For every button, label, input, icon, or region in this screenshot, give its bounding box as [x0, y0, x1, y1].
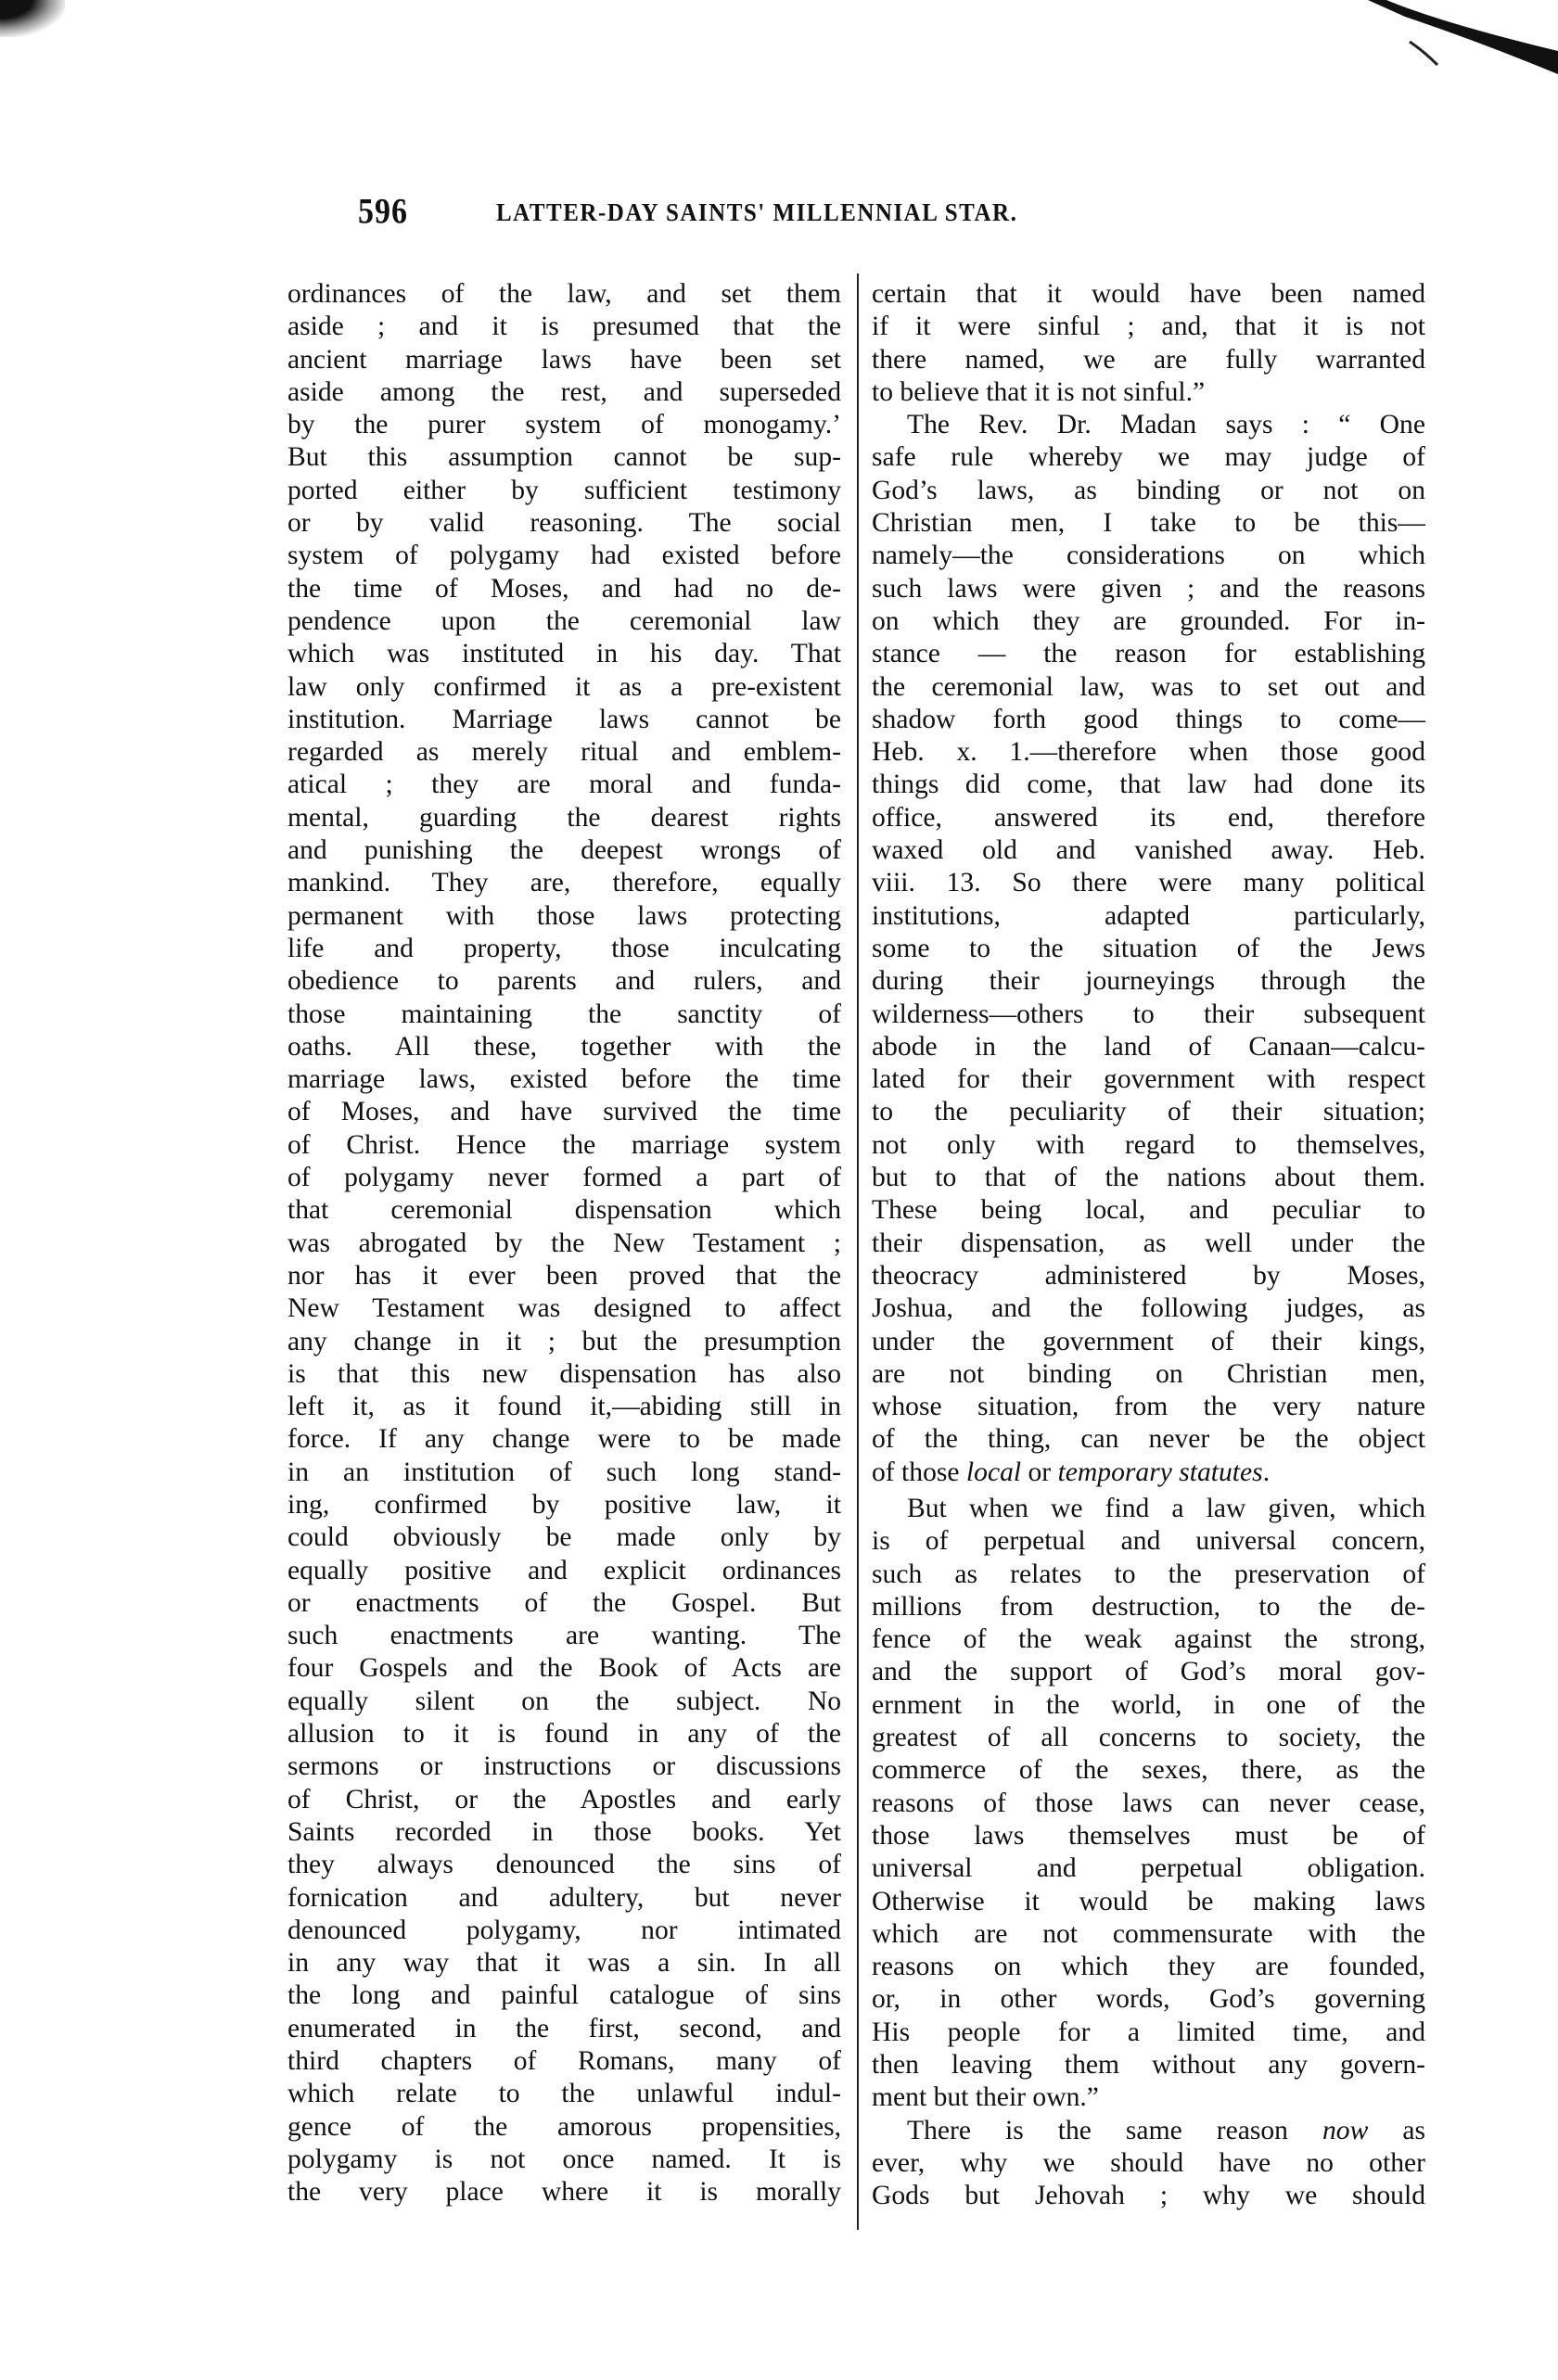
text-line: system of polygamy had existed before: [287, 540, 841, 572]
text-line: in an institution of such long stand-: [287, 1457, 841, 1489]
text-line: then leaving them without any govern-: [872, 2049, 1425, 2081]
text-line: waxed old and vanished away. Heb.: [872, 834, 1425, 867]
text-line: greatest of all concerns to society, the: [872, 1722, 1425, 1754]
text-line: sermons or instructions or discussions: [287, 1750, 841, 1783]
paragraph-madan-quote: The Rev. Dr. Madan says : “ One safe rul…: [872, 409, 1425, 1489]
text-line: ordinances of the law, and set them: [287, 278, 841, 311]
text-line: universal and perpetual obligation.: [872, 1852, 1425, 1885]
text-line: millions from destruction, to the de-: [872, 1591, 1425, 1623]
text-line: to believe that it is not sinful.”: [872, 376, 1425, 409]
text-line: God’s laws, as binding or not on: [872, 475, 1425, 507]
text-line: such enactments are wanting. The: [287, 1620, 841, 1652]
text-line: regarded as merely ritual and emblem-: [287, 736, 841, 769]
text-line: ing, confirmed by positive law, it: [287, 1489, 841, 1521]
text-line: ever, why we should have no other: [872, 2147, 1425, 2180]
text-line: Saints recorded in those books. Yet: [287, 1816, 841, 1849]
text-line: Gods but Jehovah ; why we should: [872, 2180, 1425, 2212]
italic-now: now: [1322, 2116, 1368, 2145]
text-line: in any way that it was a sin. In all: [287, 1947, 841, 1979]
text-line: the time of Moses, and had no de-: [287, 573, 841, 605]
right-column: certain that it would have been named if…: [872, 278, 1425, 2213]
text-line: Christian men, I take to be this—: [872, 507, 1425, 540]
text-line: third chapters of Romans, many of: [287, 2045, 841, 2078]
text-line: of Christ. Hence the marriage system: [287, 1129, 841, 1162]
text-line: shadow forth good things to come—: [872, 704, 1425, 736]
text-line: abode in the land of Canaan—calcu-: [872, 1031, 1425, 1063]
text-line: commerce of the sexes, there, as the: [872, 1754, 1425, 1787]
text-line: was abrogated by the New Testament ;: [287, 1228, 841, 1260]
text-line: force. If any change were to be made: [287, 1423, 841, 1456]
text-line: or, in other words, God’s governing: [872, 1983, 1425, 2016]
text-line: of Moses, and have survived the time: [287, 1096, 841, 1128]
text-line: which relate to the unlawful indul-: [287, 2078, 841, 2110]
text-line: reasons on which they are founded,: [872, 1951, 1425, 1983]
text-line: lated for their government with respect: [872, 1063, 1425, 1096]
text-line: the ceremonial law, was to set out and: [872, 671, 1425, 704]
text-line: or by valid reasoning. The social: [287, 507, 841, 540]
text-line: reasons of those laws can never cease,: [872, 1788, 1425, 1820]
text-line: But when we find a law given, which: [872, 1493, 1425, 1525]
text-line: and the support of God’s moral gov-: [872, 1656, 1425, 1688]
text-line: ment but their own.”: [872, 2081, 1425, 2114]
text-line: some to the situation of the Jews: [872, 933, 1425, 965]
text-line: the very place where it is morally: [287, 2176, 841, 2208]
text-line: ernment in the world, in one of the: [872, 1689, 1425, 1722]
text-line: ancient marriage laws have been set: [287, 344, 841, 376]
text-line: Heb. x. 1.—therefore when those good: [872, 736, 1425, 769]
text-line: law only confirmed it as a pre-existent: [287, 671, 841, 704]
text-line: The Rev. Dr. Madan says : “ One: [872, 409, 1425, 441]
text-line: of the thing, can never be the object: [872, 1423, 1425, 1456]
text-line-with-italics: of those local or temporary statutes.: [872, 1457, 1425, 1489]
text-line: His people for a limited time, and: [872, 2017, 1425, 2049]
text-line: institutions, adapted particularly,: [872, 900, 1425, 933]
text-line: stance — the reason for establishing: [872, 638, 1425, 670]
text-line: aside ; and it is presumed that the: [287, 311, 841, 343]
text-line: by the purer system of monogamy.’: [287, 409, 841, 441]
paragraph-quote-ending: certain that it would have been named if…: [872, 278, 1425, 409]
text-line: New Testament was designed to affect: [287, 1292, 841, 1325]
text-line: office, answered its end, therefore: [872, 802, 1425, 834]
text-line: viii. 13. So there were many political: [872, 867, 1425, 899]
text-line: Joshua, and the following judges, as: [872, 1292, 1425, 1325]
text-line: four Gospels and the Book of Acts are: [287, 1652, 841, 1685]
text-line: could obviously be made only by: [287, 1521, 841, 1554]
text-line: left it, as it found it,—abiding still i…: [287, 1391, 841, 1423]
text-line: of Christ, or the Apostles and early: [287, 1784, 841, 1816]
text-line: whose situation, from the very nature: [872, 1391, 1425, 1423]
text-line: oaths. All these, together with the: [287, 1031, 841, 1063]
text-line: theocracy administered by Moses,: [872, 1260, 1425, 1292]
text-line: and punishing the deepest wrongs of: [287, 834, 841, 867]
column-divider: [857, 274, 859, 2230]
text-line: Otherwise it would be making laws: [872, 1886, 1425, 1918]
text-line: mankind. They are, therefore, equally: [287, 867, 841, 899]
italic-local: local: [966, 1457, 1021, 1487]
text-line: safe rule whereby we may judge of: [872, 441, 1425, 474]
page-header: 596 LATTER-DAY SAINTS' MILLENNIAL STAR.: [358, 195, 1193, 232]
text-line: under the government of their kings,: [872, 1326, 1425, 1358]
text-line: their dispensation, as well under the: [872, 1228, 1425, 1260]
text-line: such as relates to the preservation of: [872, 1559, 1425, 1591]
paragraph-same-reason: There is the same reason now as ever, wh…: [872, 2115, 1425, 2213]
text-line: which are not commensurate with the: [872, 1918, 1425, 1951]
text-line: not only with regard to themselves,: [872, 1129, 1425, 1162]
text-line: institution. Marriage laws cannot be: [287, 704, 841, 736]
text-line: marriage laws, existed before the time: [287, 1063, 841, 1096]
text-line: namely—the considerations on which: [872, 540, 1425, 572]
text-line: those laws themselves must be of: [872, 1820, 1425, 1852]
running-title: LATTER-DAY SAINTS' MILLENNIAL STAR.: [496, 199, 1017, 228]
text-line: nor has it ever been proved that the: [287, 1260, 841, 1292]
text-line: there named, we are fully warranted: [872, 344, 1425, 376]
text-line: obedience to parents and rulers, and: [287, 965, 841, 998]
text-line: of polygamy never formed a part of: [287, 1162, 841, 1194]
text-line: mental, guarding the dearest rights: [287, 802, 841, 834]
text-line: wilderness—others to their subsequent: [872, 999, 1425, 1031]
text-line: permanent with those laws protecting: [287, 900, 841, 933]
text-line: or enactments of the Gospel. But: [287, 1587, 841, 1620]
text-line: fornication and adultery, but never: [287, 1882, 841, 1915]
text-line: things did come, that law had done its: [872, 769, 1425, 801]
text-line: polygamy is not once named. It is: [287, 2144, 841, 2176]
text-line: aside among the rest, and superseded: [287, 376, 841, 409]
left-column: ordinances of the law, and set them asid…: [287, 278, 841, 2209]
scan-smudge-top-right: [1368, 0, 1558, 74]
scan-smudge-top-left: [0, 0, 65, 37]
text-line: These being local, and peculiar to: [872, 1194, 1425, 1227]
text-line: equally silent on the subject. No: [287, 1686, 841, 1718]
text-line: they always denounced the sins of: [287, 1849, 841, 1881]
page-number: 596: [358, 192, 408, 233]
text-line: enumerated in the first, second, and: [287, 2013, 841, 2045]
text-line: denounced polygamy, nor intimated: [287, 1915, 841, 1947]
text-line: that ceremonial dispensation which: [287, 1194, 841, 1227]
text-line: atical ; they are moral and funda-: [287, 769, 841, 801]
text-line: equally positive and explicit ordinances: [287, 1555, 841, 1587]
text-line: during their journeyings through the: [872, 965, 1425, 998]
text-line: but to that of the nations about them.: [872, 1162, 1425, 1194]
text-line: pendence upon the ceremonial law: [287, 605, 841, 638]
text-line: life and property, those inculcating: [287, 933, 841, 965]
text-line: allusion to it is found in any of the: [287, 1718, 841, 1750]
text-line: gence of the amorous propensities,: [287, 2111, 841, 2144]
text-line: to the peculiarity of their situation;: [872, 1096, 1425, 1128]
text-line: on which they are grounded. For in-: [872, 605, 1425, 638]
text-line: those maintaining the sanctity of: [287, 999, 841, 1031]
text-line: which was instituted in his day. That: [287, 638, 841, 670]
text-line: is of perpetual and universal concern,: [872, 1525, 1425, 1558]
text-line: any change in it ; but the presumption: [287, 1326, 841, 1358]
italic-temporary-statutes: temporary statutes: [1058, 1457, 1263, 1487]
text-line: certain that it would have been named: [872, 278, 1425, 311]
text-line: is that this new dispensation has also: [287, 1358, 841, 1391]
text-line: are not binding on Christian men,: [872, 1358, 1425, 1391]
paragraph-perpetual-law: But when we find a law given, which is o…: [872, 1493, 1425, 2115]
text-line: But this assumption cannot be sup-: [287, 441, 841, 474]
text-line: the long and painful catalogue of sins: [287, 1979, 841, 2012]
text-line: ported either by sufficient testimony: [287, 475, 841, 507]
text-line: fence of the weak against the strong,: [872, 1623, 1425, 1656]
text-line: if it were sinful ; and, that it is not: [872, 311, 1425, 343]
text-line: such laws were given ; and the reasons: [872, 573, 1425, 605]
text-line-with-italics: There is the same reason now as: [872, 2115, 1425, 2147]
